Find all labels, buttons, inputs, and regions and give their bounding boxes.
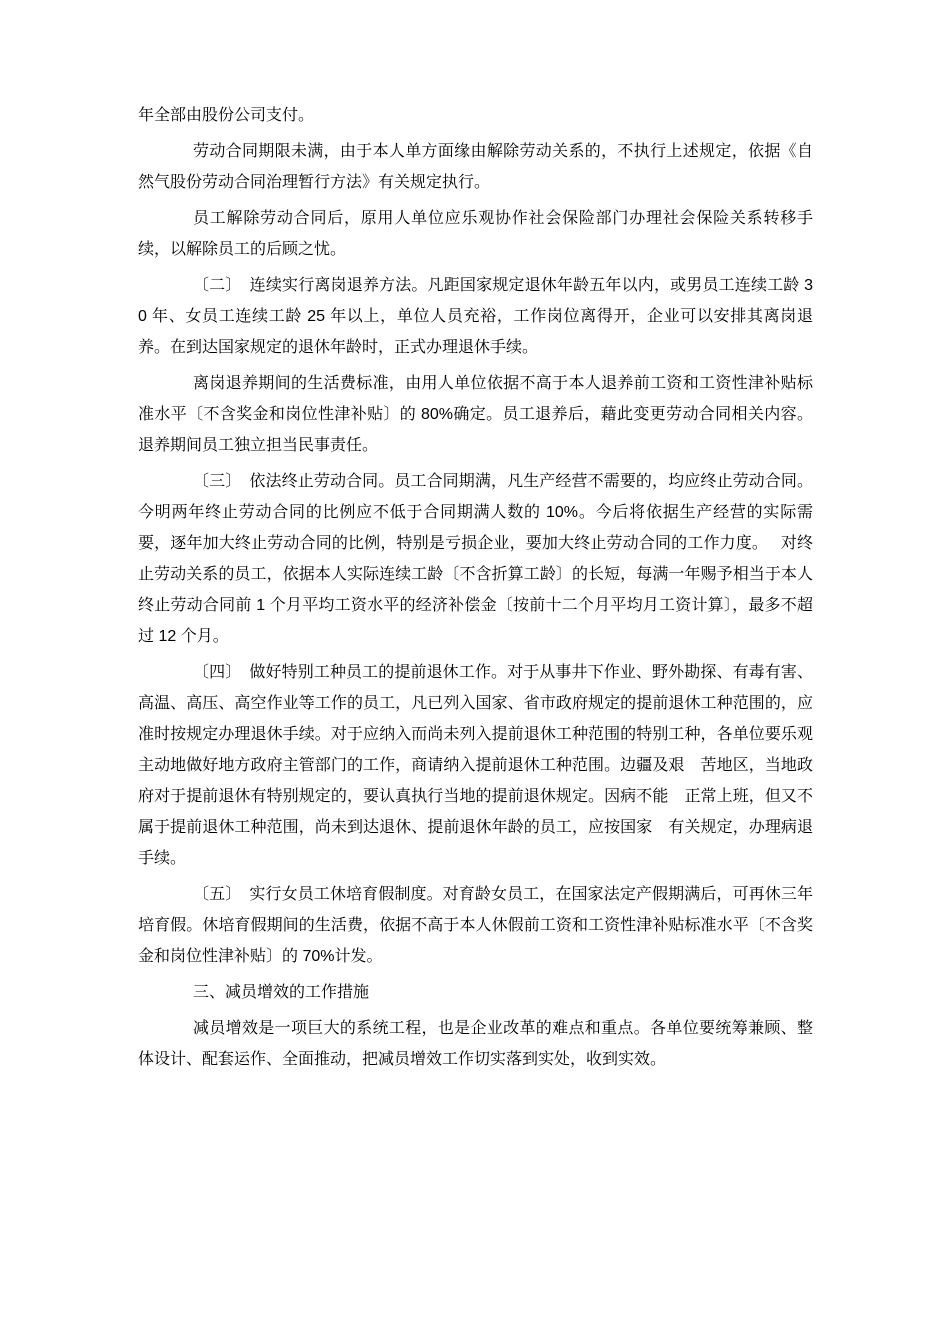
document-body: 年全部由股份公司支付。 劳动合同期限未满，由于本人单方面缘由解除劳动关系的，不执… — [138, 100, 813, 1080]
paragraph: 〔三〕 依法终止劳动合同。员工合同期满，凡生产经营不需要的，均应终止劳动合同。今… — [138, 466, 813, 652]
paragraph: 劳动合同期限未满，由于本人单方面缘由解除劳动关系的，不执行上述规定，依据《自然气… — [138, 136, 813, 198]
document-page: 年全部由股份公司支付。 劳动合同期限未满，由于本人单方面缘由解除劳动关系的，不执… — [0, 0, 950, 1344]
paragraph: 员工解除劳动合同后，原用人单位应乐观协作社会保险部门办理社会保险关系转移手续，以… — [138, 203, 813, 265]
paragraph: 〔五〕 实行女员工休培育假制度。对育龄女员工，在国家法定产假期满后，可再休三年培… — [138, 879, 813, 972]
paragraph: 〔四〕 做好特别工种员工的提前退休工作。对于从事井下作业、野外勘探、有毒有害、高… — [138, 657, 813, 874]
paragraph: 年全部由股份公司支付。 — [138, 100, 813, 131]
section-heading: 三、减员增效的工作措施 — [138, 977, 813, 1008]
paragraph: 减员增效是一项巨大的系统工程，也是企业改革的难点和重点。各单位要统筹兼顾、整体设… — [138, 1013, 813, 1075]
paragraph: 〔二〕 连续实行离岗退养方法。凡距国家规定退休年龄五年以内，或男员工连续工龄 3… — [138, 270, 813, 363]
paragraph: 离岗退养期间的生活费标准，由用人单位依据不高于本人退养前工资和工资性津补贴标准水… — [138, 368, 813, 461]
